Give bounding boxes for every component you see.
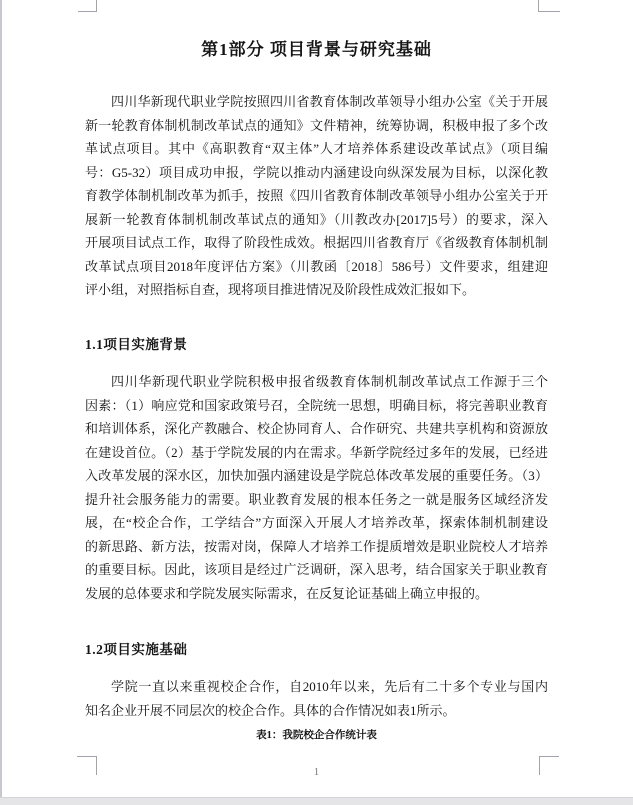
paragraph-line: 四川华新现代职业学院按照四川省教育体制改革领导小组办公室《关于开展 (85, 90, 548, 114)
paragraph-line: 展，在“校企合作，工学结合”方面深入开展人才培养改革，探索体制机制建设 (85, 511, 548, 535)
paragraph-line: 开展项目试点工作，取得了阶段性成效。根据四川省教育厅《省级教育体制机制 (85, 231, 548, 255)
paragraph-line: 知名企业开展不同层次的校企合作。具体的合作情况如表1所示。 (85, 699, 548, 723)
paragraph-line: 的重要目标。因此，该项目是经过广泛调研，深入思考，结合国家关于职业教育 (85, 558, 548, 582)
paragraph-line: 新一轮教育体制机制改革试点的通知》文件精神，统筹协调，积极申报了多个改 (85, 114, 548, 138)
section-heading-1-1: 1.1项目实施背景 (85, 333, 548, 353)
canvas-edge-bottom (0, 797, 633, 805)
paragraph-line: 提升社会服务能力的需要。职业教育发展的根本任务之一就是服务区域经济发 (85, 488, 548, 512)
paragraph-line: 的新思路、新方法，按需对岗，保障人才培养工作提质增效是职业院校人才培养 (85, 535, 548, 559)
paragraph-line: 展新一轮教育体制机制改革试点的通知》（川教改办[2017]5号）的要求，深入 (85, 208, 548, 232)
paragraph-line: 革试点项目。其中《高职教育“双主体”人才培养体系建设改革试点》（项目编 (85, 137, 548, 161)
page-number: 1 (85, 767, 548, 778)
intro-paragraph: 四川华新现代职业学院按照四川省教育体制改革领导小组办公室《关于开展 新一轮教育体… (85, 90, 548, 302)
crop-mark-top-right (538, 0, 560, 12)
paragraph-line: 入改革发展的深水区，加快加强内涵建设是学院总体改革发展的重要任务。（3） (85, 464, 548, 488)
paragraph-line: 学院一直以来重视校企合作，自2010年以来，先后有二十多个专业与国内 (85, 675, 548, 699)
paragraph-line: 评小组，对照指标自查，现将项目推进情况及阶段性成效汇报如下。 (85, 278, 548, 302)
section-1-2-paragraph: 学院一直以来重视校企合作，自2010年以来，先后有二十多个专业与国内 知名企业开… (85, 675, 548, 722)
crop-mark-top-left (78, 0, 97, 12)
canvas-edge-left (0, 0, 2, 805)
paragraph-line: 因素：（1）响应党和国家政策号召，全院统一思想，明确目标，将完善职业教育 (85, 394, 548, 418)
paragraph-line: 号：G5-32）项目成功申报，学院以推动内涵建设向纵深发展为目标，以深化教 (85, 161, 548, 185)
paragraph-line: 四川华新现代职业学院积极申报省级教育体制机制改革试点工作源于三个 (85, 370, 548, 394)
table-caption: 表1：我院校企合作统计表 (85, 727, 548, 742)
document-page: 第1部分 项目背景与研究基础 四川华新现代职业学院按照四川省教育体制改革领导小组… (0, 0, 633, 805)
section-heading-1-2: 1.2项目实施基础 (85, 638, 548, 658)
paragraph-line: 育教学体制机制改革为抓手，按照《四川省教育体制改革领导小组办公室关于开 (85, 184, 548, 208)
paragraph-line: 发展的总体要求和学院发展实际需求，在反复论证基础上确立申报的。 (85, 582, 548, 606)
paragraph-line: 和培训体系，深化产教融合、校企协同育人、合作研究、共建共享机构和资源放 (85, 417, 548, 441)
section-1-1-paragraph: 四川华新现代职业学院积极申报省级教育体制机制改革试点工作源于三个 因素：（1）响… (85, 370, 548, 605)
paragraph-line: 在建设首位。（2）基于学院发展的内在需求。华新学院经过多年的发展，已经进 (85, 441, 548, 465)
page-title: 第1部分 项目背景与研究基础 (85, 35, 548, 60)
paragraph-line: 改革试点项目2018年度评估方案》（川教函〔2018〕586号）文件要求，组建迎 (85, 255, 548, 279)
